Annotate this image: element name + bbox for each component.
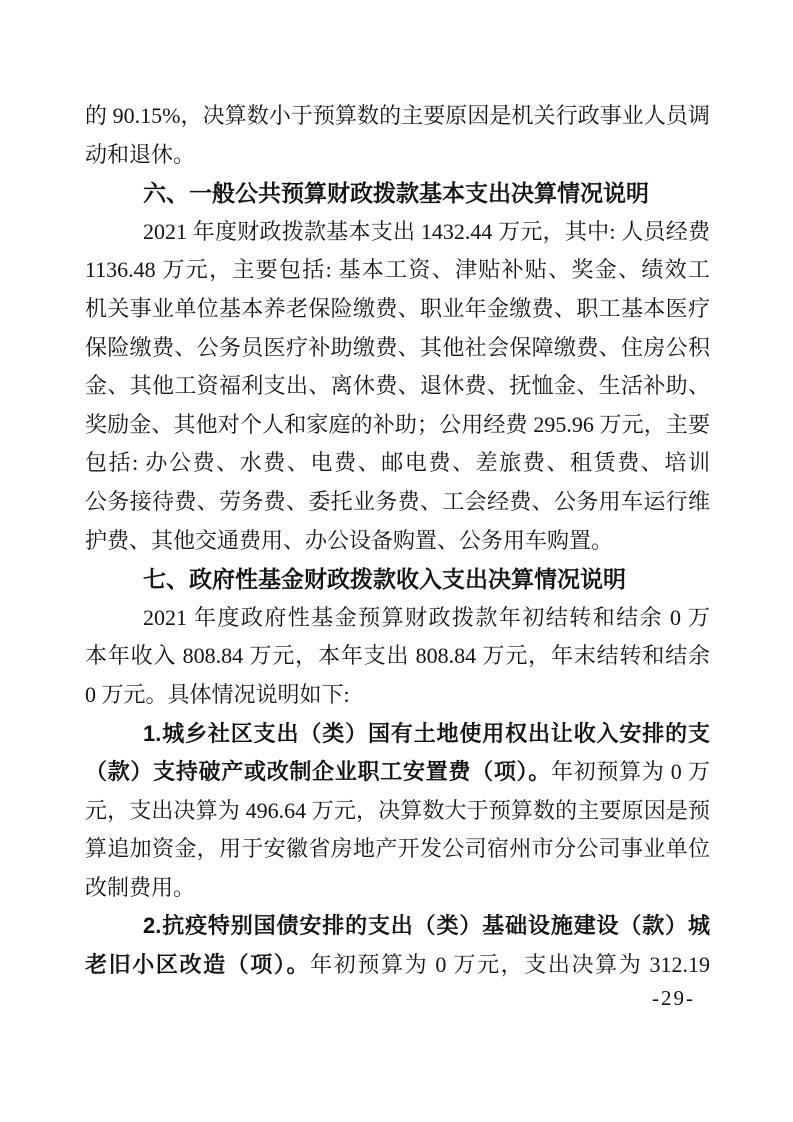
item-2-mixed-line: 老旧小区改造（项）。年初预算为 0 万元，支出决算为 312.19 <box>85 946 710 985</box>
paragraph-end-line: 改制费用。 <box>85 869 710 908</box>
paragraph-end-line: 护费、其他交通费用、办公设备购置、公务用车购置。 <box>85 522 710 561</box>
item-2-bold-run: 老旧小区改造（项）。 <box>85 952 310 977</box>
paragraph-line: 算追加资金，用于安徽省房地产开发公司宿州市分公司事业单位 <box>85 830 710 869</box>
paragraph-first-line: 2021 年度政府性基金预算财政拨款年初结转和结余 0 万元， <box>85 599 710 638</box>
paragraph-end-line: 0 万元。具体情况说明如下: <box>85 676 710 715</box>
item-1-heading-line: 1.城乡社区支出（类）国有土地使用权出让收入安排的支出 <box>85 715 710 754</box>
paragraph-line: 元，支出决算为 496.64 万元，决算数大于预算数的主要原因是预 <box>85 792 710 831</box>
item-2-heading-line: 2.抗疫特别国债安排的支出（类）基础设施建设（款）城镇 <box>85 907 710 946</box>
item-1-bold-run: （款）支持破产或改制企业职工安置费（项）。 <box>85 759 551 784</box>
paragraph-end-line: 动和退休。 <box>85 136 710 175</box>
paragraph-line: 保险缴费、公务员医疗补助缴费、其他社会保障缴费、住房公积 <box>85 329 710 368</box>
item-2-regular-run: 年初预算为 0 万元，支出决算为 312.19 <box>310 952 710 977</box>
item-1-mixed-line: （款）支持破产或改制企业职工安置费（项）。年初预算为 0 万 <box>85 753 710 792</box>
paragraph-line: 1136.48 万元，主要包括: 基本工资、津贴补贴、奖金、绩效工资、 <box>85 251 710 290</box>
paragraph-first-line: 2021 年度财政拨款基本支出 1432.44 万元，其中: 人员经费 <box>85 213 710 252</box>
page-number: -29- <box>0 986 793 1011</box>
paragraph-line: 本年收入 808.84 万元，本年支出 808.84 万元，年末结转和结余 <box>85 637 710 676</box>
document-page: 的 90.15%，决算数小于预算数的主要原因是机关行政事业人员调 动和退休。 六… <box>0 0 793 1122</box>
paragraph-line: 包括: 办公费、水费、电费、邮电费、差旅费、租赁费、培训费、 <box>85 444 710 483</box>
paragraph-line: 公务接待费、劳务费、委托业务费、工会经费、公务用车运行维 <box>85 483 710 522</box>
section-heading-6: 六、一般公共预算财政拨款基本支出决算情况说明 <box>85 174 710 213</box>
paragraph-line: 机关事业单位基本养老保险缴费、职业年金缴费、职工基本医疗 <box>85 290 710 329</box>
item-1-regular-run: 年初预算为 0 万 <box>551 759 710 784</box>
document-body: 的 90.15%，决算数小于预算数的主要原因是机关行政事业人员调 动和退休。 六… <box>85 97 710 985</box>
section-heading-7: 七、政府性基金财政拨款收入支出决算情况说明 <box>85 560 710 599</box>
paragraph-line: 奖励金、其他对个人和家庭的补助；公用经费 295.96 万元，主要 <box>85 406 710 445</box>
paragraph-line: 金、其他工资福利支出、离休费、退休费、抚恤金、生活补助、 <box>85 367 710 406</box>
paragraph-continuation-line: 的 90.15%，决算数小于预算数的主要原因是机关行政事业人员调 <box>85 97 710 136</box>
